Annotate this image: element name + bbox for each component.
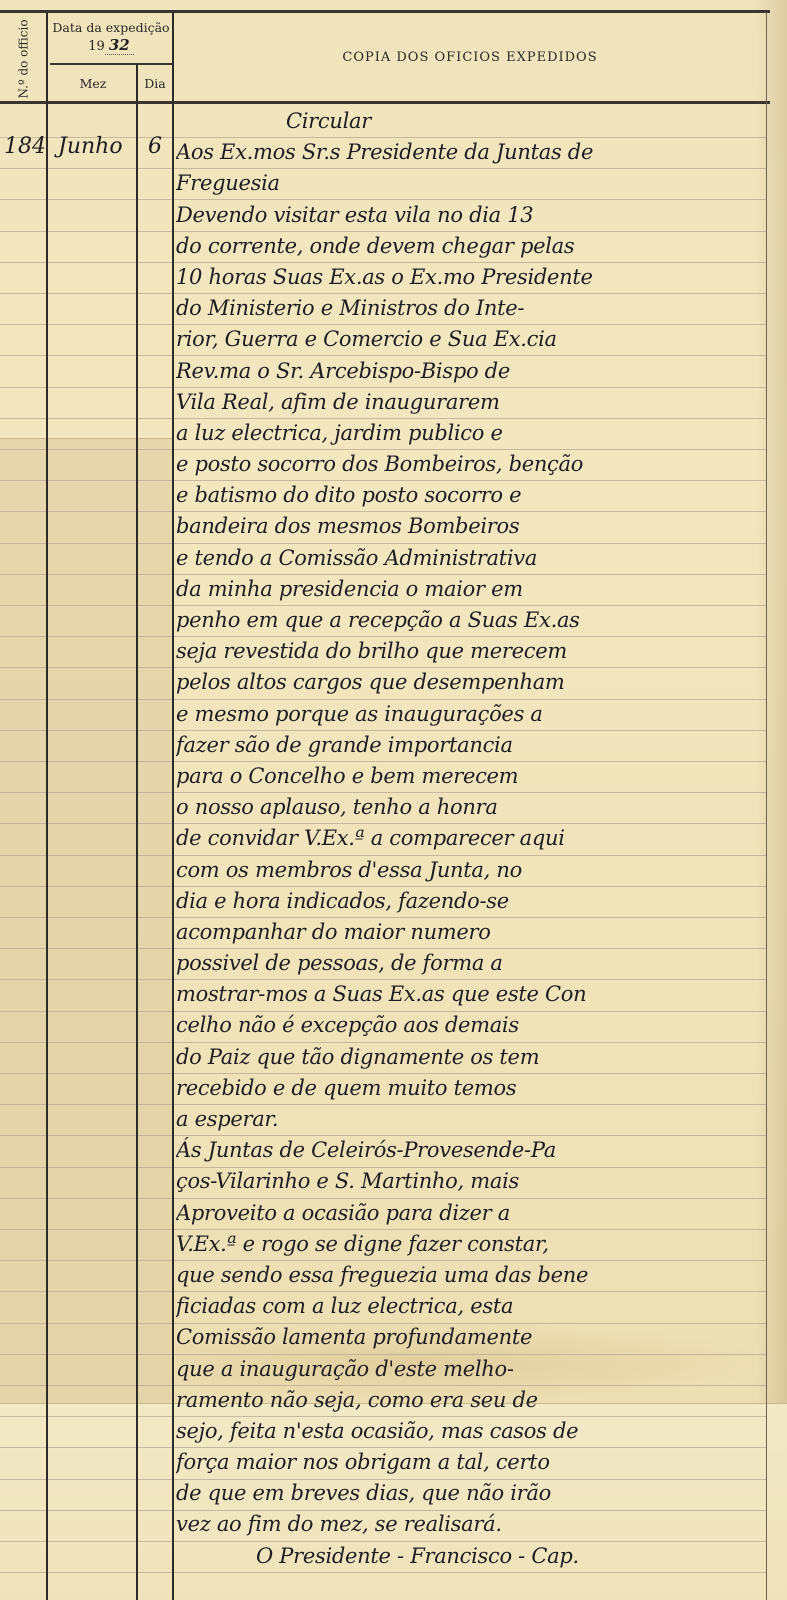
letter-line: sejo, feita n'esta ocasião, mas casos de — [176, 1416, 768, 1447]
letter-line: penho em que a recepção a Suas Ex.as — [176, 605, 768, 636]
letter-line: para o Concelho e bem merecem — [176, 761, 768, 792]
letter-line: ficiadas com a luz electrica, esta — [176, 1291, 768, 1322]
letter-line: bandeira dos mesmos Bombeiros — [176, 511, 768, 542]
letter-heading: Circular — [176, 106, 768, 137]
ruled-line — [0, 1572, 766, 1573]
letter-line: e tendo a Comissão Administrativa — [176, 543, 768, 574]
letter-line: Ás Juntas de Celeirós-Provesende-Pa — [176, 1135, 768, 1166]
column-divider-numero — [46, 12, 48, 1600]
letter-line: rior, Guerra e Comercio e Sua Ex.cia — [176, 324, 768, 355]
header-year: 1932 — [50, 36, 172, 54]
letter-line: ços-Vilarinho e S. Martinho, mais — [176, 1166, 768, 1197]
header-dia: Dia — [138, 66, 172, 101]
column-divider-dia — [172, 12, 174, 1600]
letter-line: 10 horas Suas Ex.as o Ex.mo Presidente — [176, 262, 768, 293]
letter-line: celho não é excepção aos demais — [176, 1010, 768, 1041]
year-prefix: 19 — [88, 39, 105, 54]
header-data-expedicao: Data da expedição 1932 — [50, 14, 172, 64]
letter-line: a esperar. — [176, 1104, 768, 1135]
header-data-expedicao-label: Data da expedição — [50, 20, 172, 35]
letter-line: Rev.ma o Sr. Arcebispo-Bispo de — [176, 356, 768, 387]
letter-line: do Paiz que tão dignamente os tem — [176, 1042, 768, 1073]
letter-line: do corrente, onde devem chegar pelas — [176, 231, 768, 262]
letter-line: que a inauguração d'este melho- — [176, 1354, 768, 1385]
entry-mez: Junho — [58, 134, 123, 159]
letter-line: pelos altos cargos que desempenham — [176, 667, 768, 698]
letter-line: do Ministerio e Ministros do Inte- — [176, 293, 768, 324]
column-divider-mez — [136, 64, 138, 1600]
letter-line: fazer são de grande importancia — [176, 730, 768, 761]
page-title: COPIA DOS OFICIOS EXPEDIDOS — [174, 14, 766, 101]
letter-line: Vila Real, afim de inaugurarem — [176, 387, 768, 418]
header-top-border — [0, 10, 770, 13]
letter-line: da minha presidencia o maior em — [176, 574, 768, 605]
letter-line: recebido e de quem muito temos — [176, 1073, 768, 1104]
letter-line: dia e hora indicados, fazendo-se — [176, 886, 768, 917]
letter-line: de que em breves dias, que não irão — [176, 1478, 768, 1509]
letter-line: de convidar V.Ex.ª a comparecer aqui — [176, 823, 768, 854]
letter-line: Devendo visitar esta vila no dia 13 — [176, 200, 768, 231]
header-bottom-border — [0, 101, 770, 104]
letter-line: Freguesia — [176, 168, 768, 199]
entry-numero: 184 — [4, 134, 46, 159]
letter-line: a luz electrica, jardim publico e — [176, 418, 768, 449]
letter-line: e batismo do dito posto socorro e — [176, 480, 768, 511]
year-handwritten: 32 — [105, 36, 134, 55]
header-no-oficio-label: N.º do officio — [17, 19, 31, 98]
letter-line: com os membros d'essa Junta, no — [176, 855, 768, 886]
letter-line: Aos Ex.mos Sr.s Presidente da Juntas de — [176, 137, 768, 168]
letter-line: vez ao fim do mez, se realisará. — [176, 1509, 768, 1540]
letter-line: e posto socorro dos Bombeiros, benção — [176, 449, 768, 480]
letter-line: Comissão lamenta profundamente — [176, 1322, 768, 1353]
letter-line: que sendo essa freguezia uma das bene — [176, 1260, 768, 1291]
letter-signature: O Presidente - Francisco - Cap. — [176, 1541, 768, 1572]
letter-line: Aproveito a ocasião para dizer a — [176, 1198, 768, 1229]
letter-line: o nosso aplauso, tenho a honra — [176, 792, 768, 823]
letter-line: e mesmo porque as inaugurações a — [176, 699, 768, 730]
letter-line: força maior nos obrigam a tal, certo — [176, 1447, 768, 1478]
letter-line: acompanhar do maior numero — [176, 917, 768, 948]
entry-dia: 6 — [148, 134, 162, 159]
letter-line: mostrar-mos a Suas Ex.as que este Con — [176, 979, 768, 1010]
letter-body: CircularAos Ex.mos Sr.s Presidente da Ju… — [176, 106, 768, 1572]
letter-line: seja revestida do brilho que merecem — [176, 636, 768, 667]
letter-line: V.Ex.ª e rogo se digne fazer constar, — [176, 1229, 768, 1260]
letter-line: possivel de pessoas, de forma a — [176, 948, 768, 979]
letter-line: ramento não seja, como era seu de — [176, 1385, 768, 1416]
header-no-oficio: N.º do officio — [6, 20, 42, 98]
header-mez: Mez — [50, 66, 136, 101]
